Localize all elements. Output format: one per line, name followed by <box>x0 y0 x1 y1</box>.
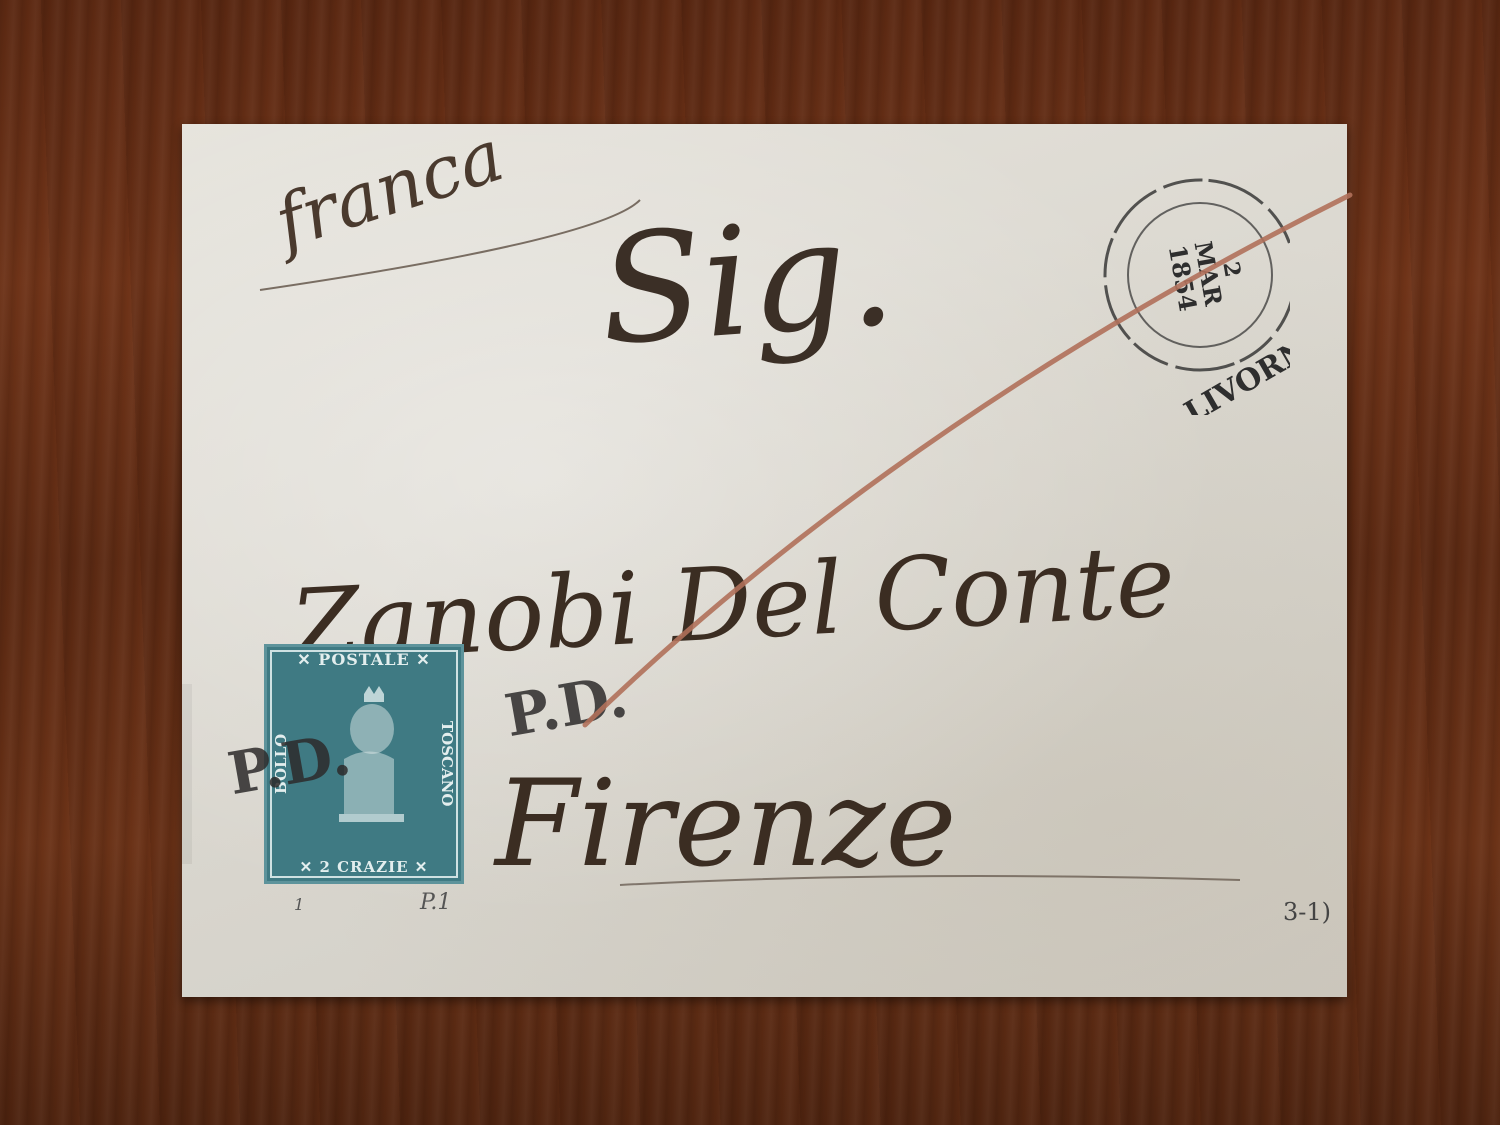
livorno-postmark: 2 MAR 1854 LIVORNO <box>1090 135 1290 415</box>
stamp-bottom-text: ✕ 2 CRAZIE ✕ <box>264 858 464 876</box>
stamp-value: 2 CRAZIE <box>319 858 408 876</box>
pencil-mark: P.1 <box>420 890 451 915</box>
postmark-town: LIVORNO <box>1179 319 1290 415</box>
corner-cross-icon: ✕ <box>415 858 429 876</box>
corner-cross-icon: ✕ <box>297 650 311 669</box>
corner-cross-icon: ✕ <box>300 858 314 876</box>
stamp-top-text: ✕ POSTALE ✕ <box>264 650 464 669</box>
salutation: Sig. <box>594 185 900 379</box>
pencil-mark: 1 <box>294 895 304 914</box>
pencil-note: 3-1) <box>1283 898 1331 926</box>
stamp-top-label: POSTALE <box>318 650 409 669</box>
corner-cross-icon: ✕ <box>416 650 430 669</box>
destination-city: Firenze <box>495 755 957 894</box>
stamp-right-text: TOSCANO <box>436 684 456 844</box>
fold-shadow <box>182 684 192 864</box>
